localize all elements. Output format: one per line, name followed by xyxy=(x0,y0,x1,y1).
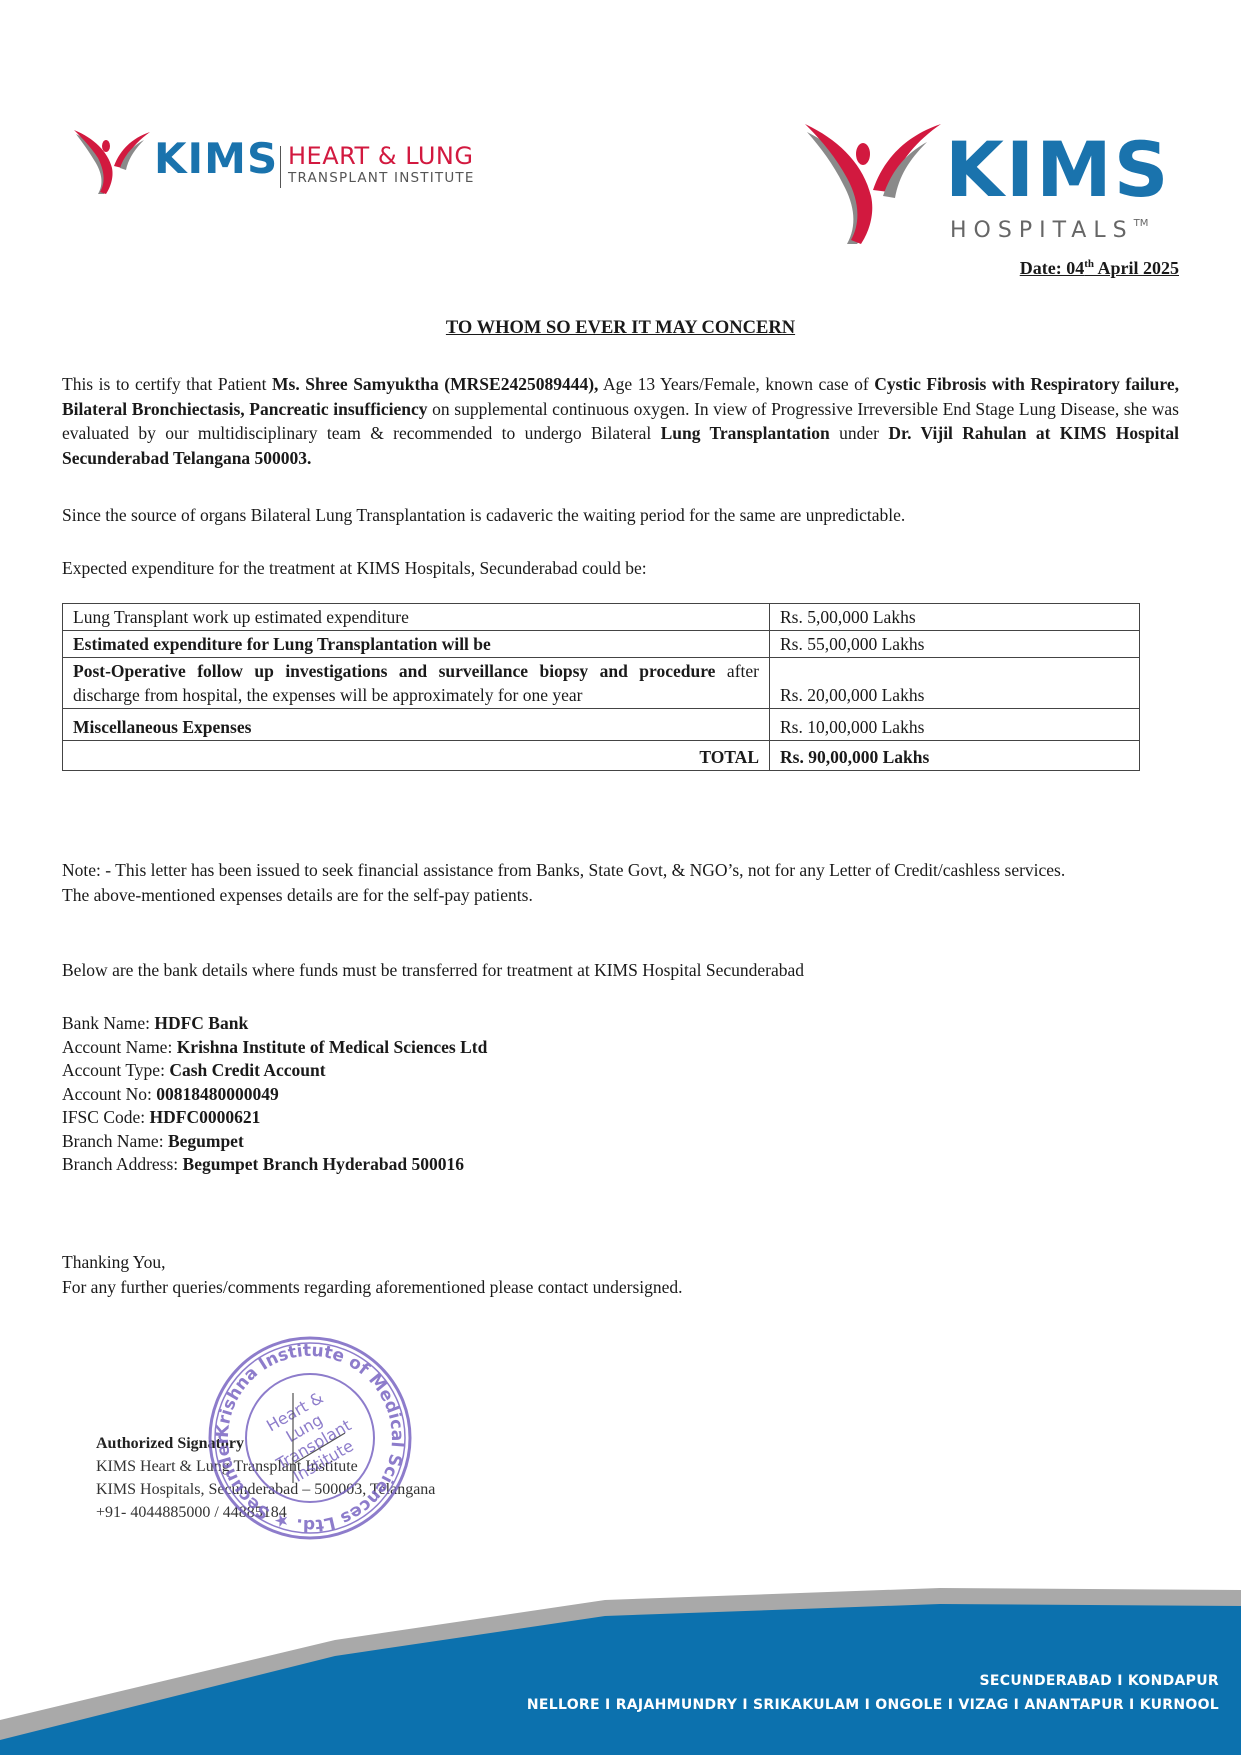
field-label: Branch Address: xyxy=(62,1154,183,1174)
kims-swoosh-figure-icon xyxy=(74,128,154,196)
institute-name-line2: TRANSPLANT INSTITUTE xyxy=(288,170,475,186)
field-label: Branch Name: xyxy=(62,1131,168,1151)
official-stamp-icon: Krishna Institute of Medical Sciences Lt… xyxy=(205,1333,415,1543)
field-value: Begumpet Branch Hyderabad 500016 xyxy=(183,1154,464,1174)
footer-locations-line2: NELLORE I RAJAHMUNDRY I SRIKAKULAM I ONG… xyxy=(527,1697,1219,1713)
field-label: Account Name: xyxy=(62,1037,177,1057)
closing-line2: For any further queries/comments regardi… xyxy=(62,1275,683,1300)
date-ordinal: th xyxy=(1084,258,1094,270)
branch-address-row: Branch Address: Begumpet Branch Hyderaba… xyxy=(62,1153,487,1177)
paragraph-run: under xyxy=(830,423,889,443)
certification-paragraph: This is to certify that Patient Ms. Shre… xyxy=(62,372,1179,470)
account-name-row: Account Name: Krishna Institute of Medic… xyxy=(62,1036,487,1060)
field-label: Account No: xyxy=(62,1084,156,1104)
field-value: Cash Credit Account xyxy=(169,1060,325,1080)
field-value: Begumpet xyxy=(168,1131,244,1151)
paragraph-run: Lung Transplantation xyxy=(661,423,830,443)
row-amount: Rs. 5,00,000 Lakhs xyxy=(770,604,1140,631)
kims-hospitals-logo: KIMS HOSPITALSTM xyxy=(805,118,1165,248)
field-value: HDFC0000621 xyxy=(150,1107,261,1127)
field-value: HDFC Bank xyxy=(154,1013,248,1033)
trademark: TM xyxy=(1134,218,1149,229)
institute-name-line1: HEART & LUNG xyxy=(288,142,473,170)
table-row: Post-Operative follow up investigations … xyxy=(63,658,1140,709)
expenditure-table: Lung Transplant work up estimated expend… xyxy=(62,603,1140,771)
letter-date: Date: 04th April 2025 xyxy=(1020,258,1179,279)
bank-details: Bank Name: HDFC Bank Account Name: Krish… xyxy=(62,1012,487,1177)
closing-line1: Thanking You, xyxy=(62,1250,683,1275)
date-prefix: Date: 04 xyxy=(1020,258,1084,278)
field-label: Bank Name: xyxy=(62,1013,154,1033)
letter-title: TO WHOM SO EVER IT MAY CONCERN xyxy=(0,318,1241,339)
table-row: Miscellaneous Expenses Rs. 10,00,000 Lak… xyxy=(63,709,1140,741)
table-row: Estimated expenditure for Lung Transplan… xyxy=(63,631,1140,658)
kims-heart-lung-logo: KIMS HEART & LUNG TRANSPLANT INSTITUTE xyxy=(74,128,494,196)
note-section: Note: - This letter has been issued to s… xyxy=(62,858,1179,908)
bank-name-row: Bank Name: HDFC Bank xyxy=(62,1012,487,1036)
footer-locations-line1: SECUNDERABAD I KONDAPUR xyxy=(980,1673,1220,1689)
kims-swoosh-figure-icon xyxy=(805,118,945,248)
paragraph-run: Age 13 Years/Female, known case of xyxy=(598,374,874,394)
date-rest: April 2025 xyxy=(1094,258,1179,278)
row-amount: Rs. 20,00,000 Lakhs xyxy=(770,658,1140,709)
branch-name-row: Branch Name: Begumpet xyxy=(62,1130,487,1154)
row-label: Estimated expenditure for Lung Transplan… xyxy=(63,631,770,658)
paragraph-run: This is to certify that Patient xyxy=(62,374,272,394)
field-value: Krishna Institute of Medical Sciences Lt… xyxy=(177,1037,488,1057)
total-row: TOTAL Rs. 90,00,000 Lakhs xyxy=(63,741,1140,771)
waiting-period-paragraph: Since the source of organs Bilateral Lun… xyxy=(62,503,1179,528)
brand-name: KIMS xyxy=(945,132,1171,208)
paragraph-run: Ms. Shree Samyuktha (MRSE2425089444), xyxy=(272,374,598,394)
ifsc-code-row: IFSC Code: HDFC0000621 xyxy=(62,1106,487,1130)
table-row: Lung Transplant work up estimated expend… xyxy=(63,604,1140,631)
footer-band xyxy=(0,1570,1241,1755)
field-value: 00818480000049 xyxy=(156,1084,279,1104)
brand-subtitle: HOSPITALSTM xyxy=(950,218,1148,243)
brand-subtitle-text: HOSPITALS xyxy=(950,218,1134,243)
row-amount: Rs. 10,00,000 Lakhs xyxy=(770,709,1140,741)
total-label: TOTAL xyxy=(63,741,770,771)
closing: Thanking You, For any further queries/co… xyxy=(62,1250,683,1300)
row-label: Post-Operative follow up investigations … xyxy=(63,658,770,709)
logo-divider xyxy=(280,146,281,188)
expenditure-intro: Expected expenditure for the treatment a… xyxy=(62,556,1179,581)
note-line2: The above-mentioned expenses details are… xyxy=(62,883,1179,908)
row-amount: Rs. 55,00,000 Lakhs xyxy=(770,631,1140,658)
account-number-row: Account No: 00818480000049 xyxy=(62,1083,487,1107)
total-amount: Rs. 90,00,000 Lakhs xyxy=(770,741,1140,771)
bank-intro: Below are the bank details where funds m… xyxy=(62,960,804,981)
field-label: IFSC Code: xyxy=(62,1107,150,1127)
note-line1: Note: - This letter has been issued to s… xyxy=(62,858,1179,883)
brand-name: KIMS xyxy=(154,134,278,183)
field-label: Account Type: xyxy=(62,1060,169,1080)
row-label-bold: Post-Operative follow up investigations … xyxy=(73,661,715,681)
row-label: Lung Transplant work up estimated expend… xyxy=(63,604,770,631)
row-label: Miscellaneous Expenses xyxy=(63,709,770,741)
account-type-row: Account Type: Cash Credit Account xyxy=(62,1059,487,1083)
